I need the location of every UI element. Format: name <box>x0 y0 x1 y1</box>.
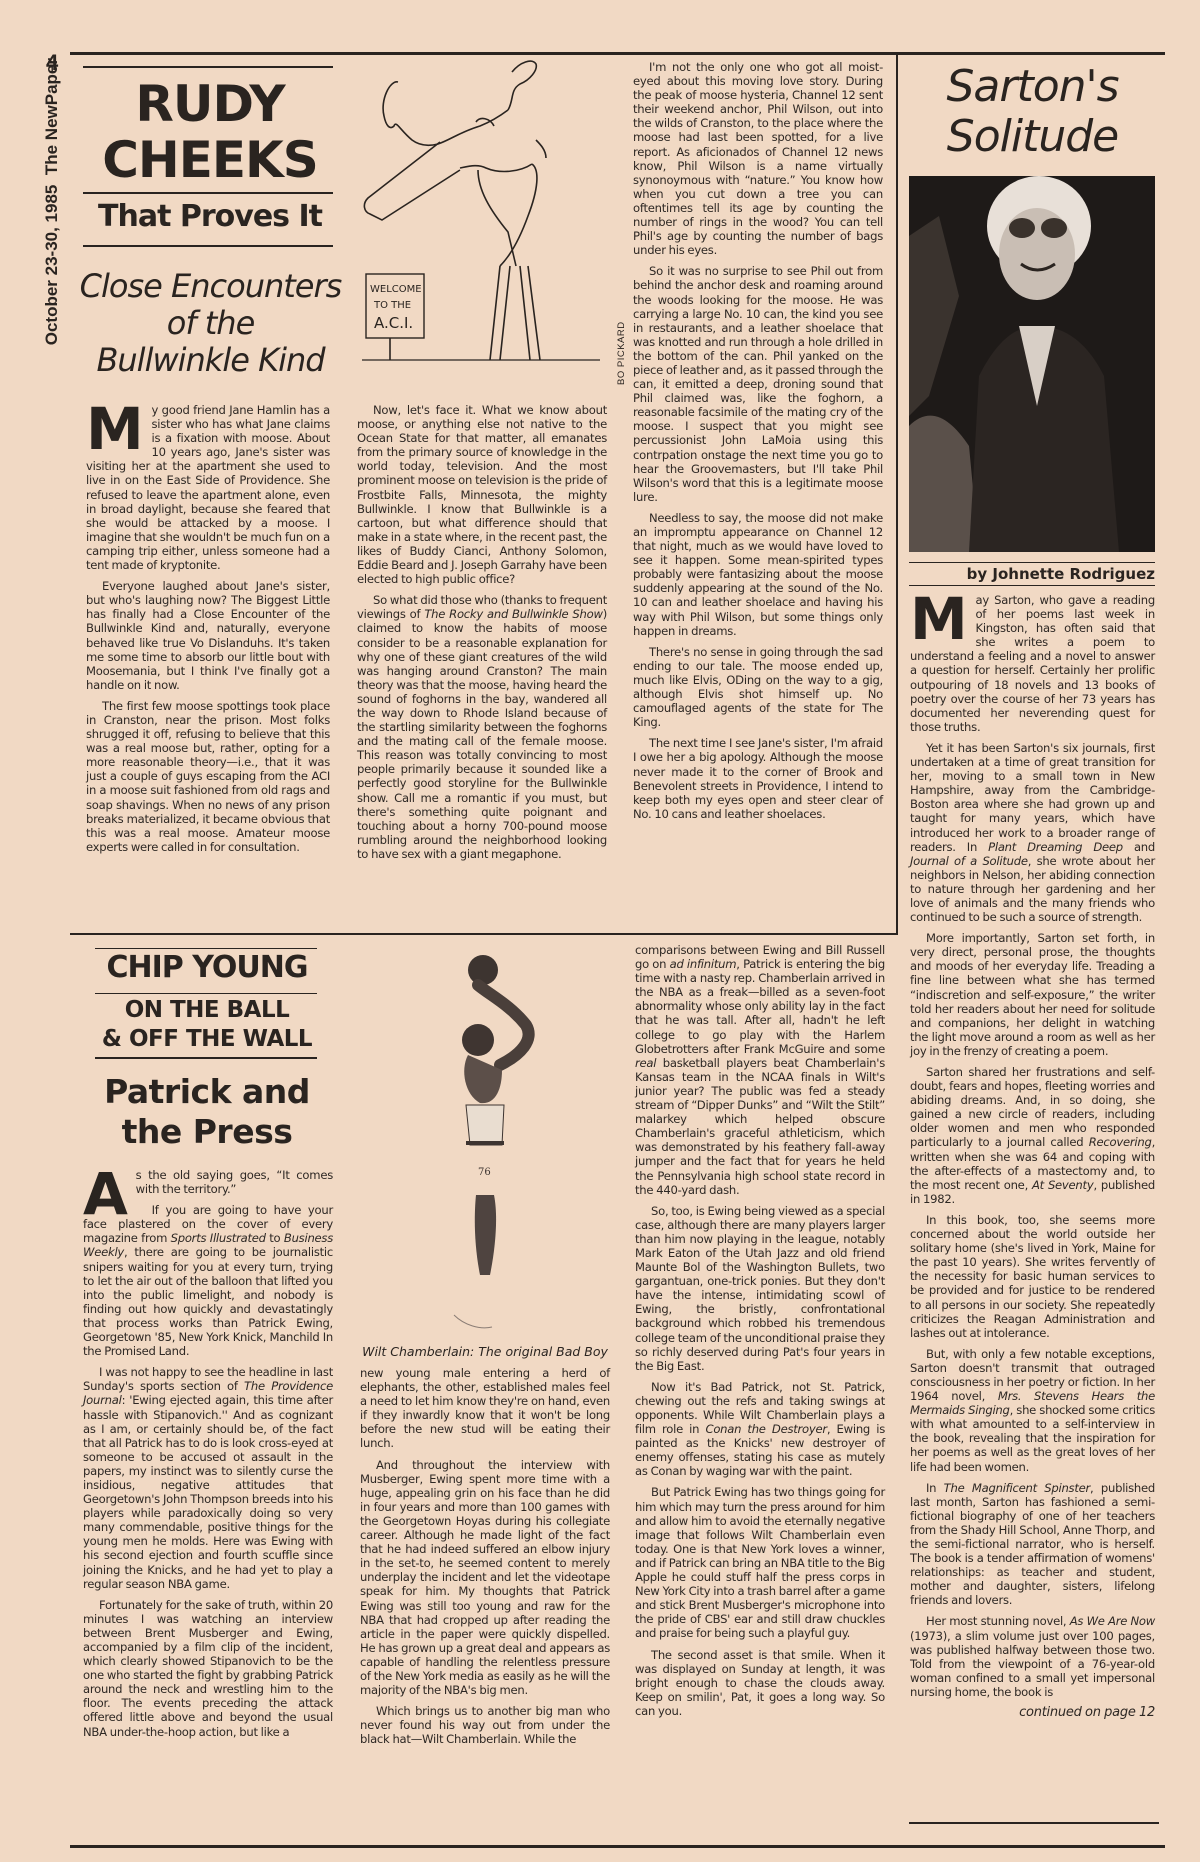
svg-text:76: 76 <box>478 1167 491 1178</box>
sarton-portrait-photo <box>909 176 1155 552</box>
chip-young-column-2: new young male entering a herd of elepha… <box>360 1366 610 1753</box>
illustration-credit: BO PICKARD <box>616 321 627 385</box>
rudy-cheeks-column-3: I'm not the only one who got all moist-e… <box>633 60 883 828</box>
chip-rule-3 <box>95 1057 317 1059</box>
dropcap: A <box>83 1171 128 1217</box>
svg-text:WELCOME: WELCOME <box>370 284 422 295</box>
wilt-chamberlain-photo: 76 <box>440 945 570 1340</box>
rudy-cheeks-line2: CHEEKS <box>85 132 335 188</box>
continued-link[interactable]: continued on page 12 <box>910 1706 1155 1720</box>
basketball-player-icon: 76 <box>440 945 570 1340</box>
svg-text:TO THE: TO THE <box>373 300 411 311</box>
top-rule <box>70 52 1165 55</box>
chip-young-subtitle: ON THE BALL & OFF THE WALL <box>85 996 329 1054</box>
masthead-rule-2 <box>83 192 333 194</box>
vertical-divider <box>896 54 898 934</box>
portrait-icon <box>909 176 1155 552</box>
rudy-cheeks-column-name: RUDY CHEEKS <box>85 76 335 188</box>
chip-rule-2 <box>95 993 317 994</box>
masthead-rule <box>83 66 333 68</box>
chip-young-headline: Patrick and the Press <box>85 1072 329 1152</box>
rudy-cheeks-headline: Close Encounters of the Bullwinkle Kind <box>78 268 343 379</box>
chip-young-column-1: As the old saying goes, “It comes with t… <box>83 1168 333 1746</box>
column-subtitle: That Proves It <box>85 198 335 236</box>
rudy-cheeks-column-2: Now, let's face it. What we know about m… <box>357 403 607 868</box>
sarton-bottom-rule <box>909 1822 1159 1824</box>
moose-drawing-icon: WELCOME TO THE A.C.I. <box>360 60 620 400</box>
section-divider <box>70 933 898 935</box>
masthead-rule-3 <box>83 245 333 247</box>
chip-rule-1 <box>95 948 317 949</box>
sarton-article: May Sarton, who gave a reading of her po… <box>910 593 1155 1727</box>
photo-caption: Wilt Chamberlain: The original Bad Boy <box>355 1344 615 1359</box>
chip-young-column-3: comparisons between Ewing and Bill Russe… <box>635 943 885 1725</box>
sarton-headline: Sarton's Solitude <box>905 62 1160 162</box>
moose-illustration: WELCOME TO THE A.C.I. <box>360 60 620 400</box>
publication-dateline: October 23-30, 1985 The NewPaper <box>42 58 62 358</box>
dropcap: M <box>910 596 967 642</box>
rudy-cheeks-line1: RUDY <box>85 76 335 132</box>
byline: by Johnette Rodriguez <box>905 565 1155 583</box>
publication-date: October 23-30, 1985 <box>42 185 61 346</box>
byline-rule-top <box>909 562 1155 563</box>
svg-text:A.C.I.: A.C.I. <box>374 314 413 332</box>
rudy-cheeks-column-1: My good friend Jane Hamlin has a sister … <box>86 403 330 861</box>
dropcap: M <box>86 406 143 452</box>
bottom-rule <box>70 1845 1165 1848</box>
publication-name: The NewPaper <box>42 58 61 175</box>
chip-young-column-name: CHIP YOUNG <box>85 950 329 986</box>
